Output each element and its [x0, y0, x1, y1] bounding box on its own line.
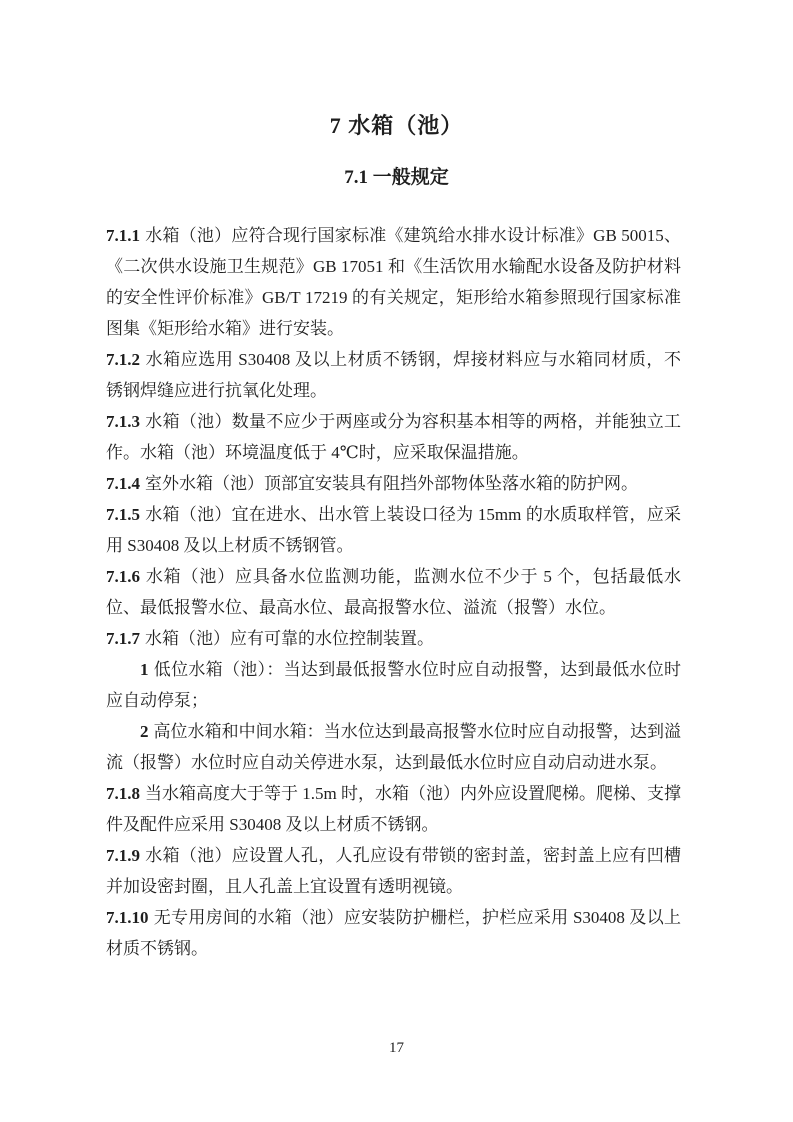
clause-text: 当水箱高度大于等于 1.5m 时，水箱（池）内外应设置爬梯。爬梯、支撑件及配件应… [106, 784, 681, 834]
clause-text: 无专用房间的水箱（池）应安装防护栅栏，护栏应采用 S30408 及以上材质不锈钢… [106, 908, 681, 958]
clause-number: 7.1.3 [106, 412, 145, 431]
document-page: 7 水箱（池） 7.1 一般规定 7.1.1水箱（池）应符合现行国家标准《建筑给… [0, 0, 793, 1122]
clause-paragraph: 7.1.8当水箱高度大于等于 1.5m 时，水箱（池）内外应设置爬梯。爬梯、支撑… [106, 778, 681, 840]
clauses: 7.1.1水箱（池）应符合现行国家标准《建筑给水排水设计标准》GB 50015、… [106, 220, 681, 964]
clause-number: 7.1.10 [106, 908, 154, 927]
clause-paragraph: 1低位水箱（池）：当达到最低报警水位时应自动报警，达到最低水位时应自动停泵； [106, 654, 681, 716]
clause-text: 高位水箱和中间水箱：当水位达到最高报警水位时应自动报警，达到溢流（报警）水位时应… [106, 722, 681, 772]
clause-text: 水箱（池）应有可靠的水位控制装置。 [145, 629, 434, 648]
clause-text: 水箱（池）应设置人孔，人孔应设有带锁的密封盖，密封盖上应有凹槽并加设密封圈，且人… [106, 846, 681, 896]
clause-paragraph: 2高位水箱和中间水箱：当水位达到最高报警水位时应自动报警，达到溢流（报警）水位时… [106, 716, 681, 778]
clause-paragraph: 7.1.9水箱（池）应设置人孔，人孔应设有带锁的密封盖，密封盖上应有凹槽并加设密… [106, 840, 681, 902]
clause-text: 室外水箱（池）顶部宜安装具有阻挡外部物体坠落水箱的防护网。 [145, 474, 638, 493]
clause-paragraph: 7.1.7水箱（池）应有可靠的水位控制装置。 [106, 623, 681, 654]
clause-number: 7.1.7 [106, 629, 145, 648]
clause-text: 水箱（池）应符合现行国家标准《建筑给水排水设计标准》GB 50015、《二次供水… [106, 226, 681, 338]
page-number: 17 [0, 1038, 793, 1058]
clause-paragraph: 7.1.1水箱（池）应符合现行国家标准《建筑给水排水设计标准》GB 50015、… [106, 220, 681, 344]
clause-paragraph: 7.1.4室外水箱（池）顶部宜安装具有阻挡外部物体坠落水箱的防护网。 [106, 468, 681, 499]
clause-paragraph: 7.1.5水箱（池）宜在进水、出水管上装设口径为 15mm 的水质取样管，应采用… [106, 499, 681, 561]
clause-paragraph: 7.1.3水箱（池）数量不应少于两座或分为容积基本相等的两格，并能独立工作。水箱… [106, 406, 681, 468]
clause-number: 7.1.6 [106, 567, 145, 586]
clause-text: 水箱应选用 S30408 及以上材质不锈钢，焊接材料应与水箱同材质，不锈钢焊缝应… [106, 350, 681, 400]
clause-paragraph: 7.1.10无专用房间的水箱（池）应安装防护栅栏，护栏应采用 S30408 及以… [106, 902, 681, 964]
clause-number: 7.1.8 [106, 784, 145, 803]
clause-number: 7.1.4 [106, 474, 145, 493]
clause-number: 7.1.5 [106, 505, 145, 524]
clause-text: 水箱（池）宜在进水、出水管上装设口径为 15mm 的水质取样管，应采用 S304… [106, 505, 681, 555]
clause-number: 7.1.1 [106, 226, 145, 245]
section-title: 7.1 一般规定 [0, 166, 793, 190]
clause-text: 水箱（池）应具备水位监测功能，监测水位不少于 5 个，包括最低水位、最低报警水位… [106, 567, 681, 617]
clause-number: 7.1.2 [106, 350, 145, 369]
clause-paragraph: 7.1.6水箱（池）应具备水位监测功能，监测水位不少于 5 个，包括最低水位、最… [106, 561, 681, 623]
clause-paragraph: 7.1.2水箱应选用 S30408 及以上材质不锈钢，焊接材料应与水箱同材质，不… [106, 344, 681, 406]
clause-text: 低位水箱（池）：当达到最低报警水位时应自动报警，达到最低水位时应自动停泵； [106, 660, 681, 710]
clause-text: 水箱（池）数量不应少于两座或分为容积基本相等的两格，并能独立工作。水箱（池）环境… [106, 412, 681, 462]
clause-number: 7.1.9 [106, 846, 145, 865]
clause-number: 2 [140, 722, 154, 741]
chapter-title: 7 水箱（池） [0, 0, 793, 140]
clause-number: 1 [140, 660, 154, 679]
